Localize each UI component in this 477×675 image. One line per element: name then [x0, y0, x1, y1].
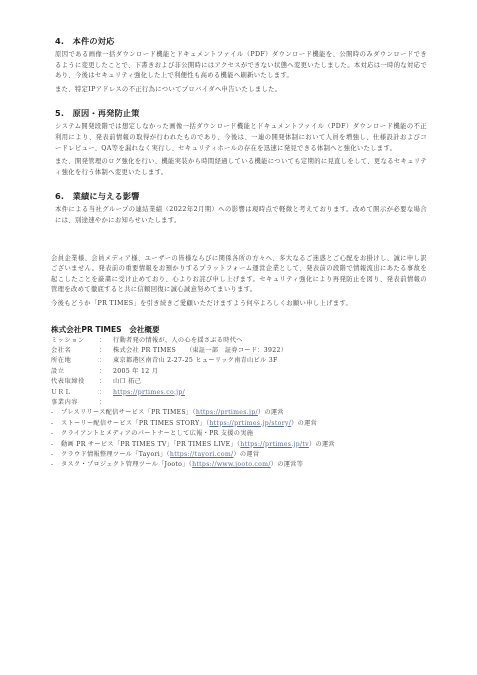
business-text: プレスリリース配信サービス「PR TIMES」 — [61, 409, 192, 416]
paragraph: システム開発段階では想定しなかった画像一括ダウンロード機能とドキュメントファイル… — [55, 122, 427, 154]
info-row-mission: ミッション ： 行動者発の情報が、人の心を揺さぶる時代へ — [51, 336, 427, 346]
colon: ： — [99, 388, 113, 398]
row-value: 行動者発の情報が、人の心を揺さぶる時代へ — [113, 336, 427, 346]
company-overview: 株式会社PR TIMES 会社概要 ミッション ： 行動者発の情報が、人の心を揺… — [55, 324, 427, 471]
business-link[interactable]: https://prtimes.jp/ — [196, 409, 258, 416]
business-item: -動画 PR サービス「PR TIMES TV」「PR TIMES LIVE」（… — [51, 440, 427, 450]
paragraph: 本件による当社グループの連結業績（2022年2月期）への影響は現時点で軽微と考え… — [55, 205, 427, 226]
section-heading: 4. 本件の対応 — [55, 36, 427, 47]
row-value: 株式会社 PR TIMES （東証一部 証券コード：3922） — [113, 346, 427, 356]
business-text: ストーリー配信サービス「PR TIMES STORY」 — [61, 420, 206, 427]
paragraph: また、開発管理のログ強化を行い、機能実装から時間経過している機能についても定期的… — [55, 157, 427, 178]
business-text: クライアントとメディアのパートナーとして広報・PR 支援の実施 — [61, 430, 253, 437]
document-page: 4. 本件の対応 原因である画像一括ダウンロード機能とドキュメントファイル（PD… — [55, 36, 427, 471]
business-item: -ストーリー配信サービス「PR TIMES STORY」（https://prt… — [51, 419, 427, 429]
colon: ： — [99, 356, 113, 366]
business-suffix: の運営 — [315, 441, 334, 448]
thanks-paragraph: 今後もどうか「PR TIMES」を引き続きご愛顧いただけますよう何卒よろしくお願… — [51, 299, 427, 310]
colon: ： — [99, 377, 113, 387]
section-heading: 5. 原因・再発防止策 — [55, 108, 427, 119]
company-overview-title: 株式会社PR TIMES 会社概要 — [51, 324, 427, 335]
section-response: 4. 本件の対応 原因である画像一括ダウンロード機能とドキュメントファイル（PD… — [55, 36, 427, 95]
business-link[interactable]: https://tayori.com/ — [170, 451, 234, 458]
business-link[interactable]: https://prtimes.jp/story/ — [209, 420, 291, 427]
business-suffix: の運営 — [264, 409, 283, 416]
row-value: 東京都港区南青山 2-27-25 ヒューリック南青山ビル 3F — [113, 356, 427, 366]
business-text: クラウド情報整理ツール「Tayori」 — [61, 451, 167, 458]
row-label: ＵＲＬ — [51, 388, 99, 398]
info-row-ceo: 代表取締役 ： 山口 拓己 — [51, 377, 427, 387]
row-label: 設立 — [51, 367, 99, 377]
section-cause-prevention: 5. 原因・再発防止策 システム開発段階では想定しなかった画像一括ダウンロード機… — [55, 108, 427, 178]
company-url-link[interactable]: https://prtimes.co.jp/ — [113, 389, 185, 396]
info-row-business: 事業内容 ： — [51, 398, 427, 408]
row-label: 会社名 — [51, 346, 99, 356]
colon: ： — [99, 346, 113, 356]
paragraph: 原因である画像一括ダウンロード機能とドキュメントファイル（PDF）ダウンロード機… — [55, 50, 427, 82]
row-label: ミッション — [51, 336, 99, 346]
business-suffix: の運営等 — [277, 461, 303, 468]
info-row-address: 所在地 ： 東京都港区南青山 2-27-25 ヒューリック南青山ビル 3F — [51, 356, 427, 366]
colon: ： — [99, 336, 113, 346]
business-item: -クラウド情報整理ツール「Tayori」（https://tayori.com/… — [51, 450, 427, 460]
business-text: タスク・プロジェクト管理ツール「Jooto」 — [61, 461, 189, 468]
colon: ： — [99, 398, 113, 408]
closing-statement: 会員企業様、会員メディア様、ユーザーの皆様ならびに関係各所の方々へ、多大なるご迷… — [51, 254, 427, 310]
info-row-url: ＵＲＬ ： https://prtimes.co.jp/ — [51, 388, 427, 398]
apology-paragraph: 会員企業様、会員メディア様、ユーザーの皆様ならびに関係各所の方々へ、多大なるご迷… — [51, 254, 427, 296]
business-item: -タスク・プロジェクト管理ツール「Jooto」（https://www.joot… — [51, 460, 427, 470]
business-text: 動画 PR サービス「PR TIMES TV」「PR TIMES LIVE」 — [61, 441, 237, 448]
row-value: 山口 拓己 — [113, 377, 427, 387]
paragraph: また、特定IPアドレスの不正行為についてプロバイダへ申告いたしました。 — [55, 85, 427, 96]
section-business-impact: 6. 業績に与える影響 本件による当社グループの連結業績（2022年2月期）への… — [55, 191, 427, 226]
info-row-company-name: 会社名 ： 株式会社 PR TIMES （東証一部 証券コード：3922） — [51, 346, 427, 356]
info-row-established: 設立 ： 2005 年 12 月 — [51, 367, 427, 377]
business-item: -クライアントとメディアのパートナーとして広報・PR 支援の実施 — [51, 429, 427, 439]
row-label: 代表取締役 — [51, 377, 99, 387]
section-heading: 6. 業績に与える影響 — [55, 191, 427, 202]
colon: ： — [99, 367, 113, 377]
row-label: 所在地 — [51, 356, 99, 366]
business-item: -プレスリリース配信サービス「PR TIMES」（https://prtimes… — [51, 408, 427, 418]
row-label: 事業内容 — [51, 398, 99, 408]
business-link[interactable]: https://www.jooto.com/ — [192, 461, 271, 468]
business-suffix: の運営 — [240, 451, 259, 458]
row-value: 2005 年 12 月 — [113, 367, 427, 377]
business-suffix: の運営 — [298, 420, 317, 427]
business-link[interactable]: https://prtimes.jp/tv — [240, 441, 309, 448]
